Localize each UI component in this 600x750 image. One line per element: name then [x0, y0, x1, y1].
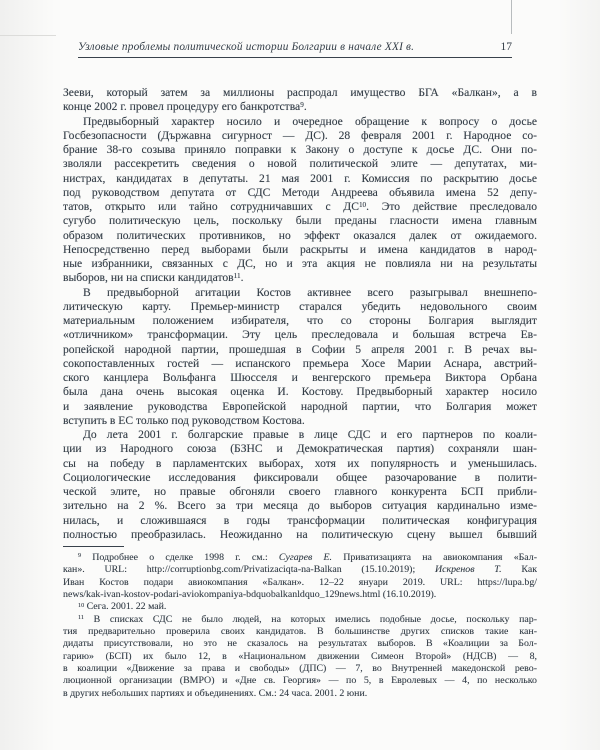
footnotes-block: 9 Подробнее о сделке 1998 г. см.: Сугаре… [63, 552, 537, 700]
body-text-line: литическую карту. Премьер-министр старал… [63, 300, 537, 314]
body-text-line: конце 2002 г. провел процедуру его банкр… [63, 100, 537, 114]
body-text-line: сугубо политическую цель, поскольку были… [63, 214, 537, 228]
body-text-line: Госбезопасности (Държавна сигурност — ДС… [63, 129, 537, 143]
body-text-line: Социологические исследования фиксировали… [63, 471, 537, 485]
scan-shadow-left [0, 0, 55, 750]
footnote-line: 10 Сега. 2001. 22 май. [63, 601, 537, 613]
footnote-line: Иван Костов подари авиокомпания «Балкан»… [63, 577, 537, 589]
scanned-book-page: { "colors": { "ink": "#333d47", "page": … [0, 0, 600, 750]
scan-artifact-horizontal-line [0, 35, 56, 36]
body-text-line: ческой элите, но правые обгоняли своего … [63, 485, 537, 499]
body-text-line: ные избранники, связанных с ДС, но и эта… [63, 257, 537, 271]
body-text-line: нилась, и сложившаяся в годы трансформац… [63, 514, 537, 528]
body-text-line: В предвыборной агитации Костов активнее … [63, 286, 537, 300]
footnote-line: люционной организации (ВМРО) и «Дне св. … [63, 675, 537, 687]
body-text-line: сокопоставленных гостей — испанского пре… [63, 357, 537, 371]
page-number: 17 [501, 41, 513, 54]
body-text-line: зволяли рассекретить сведения о новой по… [63, 157, 537, 171]
body-text-line: зительно на 2 %. Всего за три месяца до … [63, 499, 537, 513]
running-head: Узловые проблемы политической истории Бо… [78, 41, 512, 58]
body-text-line: Зееви, который затем за миллионы распрод… [63, 86, 537, 100]
body-text-line: брание 38-го созыва приняло поправки к З… [63, 143, 537, 157]
body-text-line: нистрах, кандидатах в депутаты. 21 мая 2… [63, 172, 537, 186]
body-text-line: образом политических противников, но эфф… [63, 229, 537, 243]
body-text-line: ского канцлера Вольфанга Шюсселя и венге… [63, 371, 537, 385]
footnote-line: кан». URL: http://corruptionbg.com/Priva… [63, 564, 537, 576]
running-head-title: Узловые проблемы политической истории Бо… [78, 41, 414, 54]
body-text-line: полностью преобразилась. Неожиданно на п… [63, 528, 537, 542]
footnote-line: в коалиции «Движение за права и свободы»… [63, 663, 537, 675]
footnote-line: тия предварительно проверила своих канди… [63, 626, 537, 638]
scan-artifact-vertical-line [511, 0, 512, 34]
body-text-line: материальным положением избирателя, что … [63, 314, 537, 328]
body-text-line: и заявление руководства Европейской наро… [63, 400, 537, 414]
page-body-text: Зееви, который затем за миллионы распрод… [63, 86, 537, 542]
body-text-line: Непосредственно перед выборами были раск… [63, 243, 537, 257]
body-text-line: До лета 2001 г. болгарские правые в лице… [63, 428, 537, 442]
body-text-line: вступить в ЕС только под руководством Ко… [63, 414, 537, 428]
footnote-line: в других небольших партиях и объединения… [63, 688, 537, 700]
body-text-line: под руководством депутата от СДС Методи … [63, 186, 537, 200]
body-text-line: выборов, ни на списки кандидатов11. [63, 271, 537, 285]
scan-shadow-right [558, 0, 600, 750]
body-text-line: Предвыборный характер носило и очередное… [63, 115, 537, 129]
body-text-line: была дана очень высокая оценка И. Костов… [63, 385, 537, 399]
body-text-line: ции из Народного союза (БЗНС и Демократи… [63, 442, 537, 456]
footnote-line: 9 Подробнее о сделке 1998 г. см.: Сугаре… [63, 552, 537, 564]
body-text-line: татов, открыто или тайно сотрудничавших … [63, 200, 537, 214]
footnote-line: 11 В списках СДС не было людей, на котор… [63, 614, 537, 626]
footnote-separator-rule [63, 546, 124, 547]
body-text-line: ропейской народной партии, прошедшая в С… [63, 343, 537, 357]
footnote-line: news/kak-ivan-kostov-podari-aviokompaniy… [63, 589, 537, 601]
body-text-line: «отличником» трансформации. Эту цель пре… [63, 328, 537, 342]
footnote-line: дидаты присутствовали, но это не сказало… [63, 638, 537, 650]
body-text-line: сы на победу в парламентских выборах, хо… [63, 457, 537, 471]
footnote-line: гарию» (БСП) их было 12, в «Национальном… [63, 651, 537, 663]
